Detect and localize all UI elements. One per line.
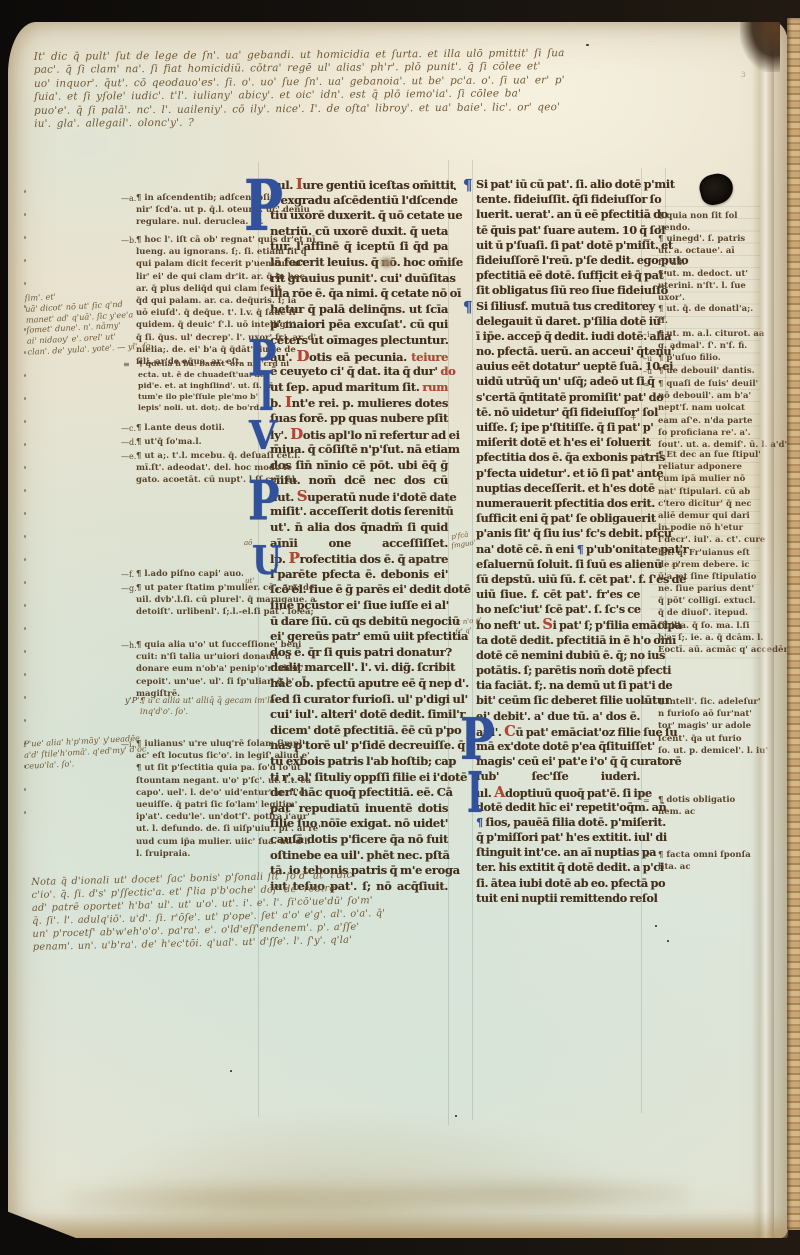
gloss-line: eam aſ'e. n'da parte [658,415,754,427]
gloss-tie-mark: ÷ [643,211,650,223]
text-line: dotē cē nemini dubiū ē. q̄; no ius [476,648,640,663]
gloss-entry: —¶ ut. m. dedoct. ut'uterini. n'ſt'. l. … [658,268,754,305]
gloss-entry: ≈¶ Et dec an ſue ſtipul'reliatur adponer… [658,449,754,656]
gloss-line: nat' ſtipulari. cū ab [658,486,754,498]
gloss-tie-mark: —h. [121,640,137,652]
gloss-line: ac' eſt locutus ſic'o'. in legiſ' aliud … [136,750,254,762]
gloss-tie-mark: = [643,795,650,807]
prick-mark [24,650,26,653]
initial-I: I [259,364,274,418]
text-line: delegauit ū daret. p'ſilia dotē iū' [476,314,640,329]
text-line: auius eēt dotatur' ueptē ſuā. 10 ei [476,359,640,374]
interlinear-note: fr' q' [455,627,472,636]
text-line: ¶ ſios, pauēā filia dotē. p'miſerit. [476,815,640,830]
gloss-line: ¶ ue debouil' dantis. [658,365,754,377]
stain [68,1168,688,1220]
gloss-entry: =¶ dotis obligationem. ac [658,794,754,818]
text-line: tē q̄uis pat' ſuare autem. 10 q̄ ſol [476,223,640,238]
text-line: uidū utrūq̄ un' uſq̄; adeō ut ſi q̄ [476,374,640,389]
text-line: aul'. Cū pat' emāciat'oz filie ſue ſu [476,724,640,739]
gloss-line: capo'. uel'. l. de'o' uid'entur' acriſ'o… [136,787,254,799]
gloss-line: ut. l. defundo. de. ſi uiſp'uiu'. pſ'. a… [136,823,254,835]
text-line: tia faciāt. f;. na demū ut ſi pat'i de [476,678,640,693]
gloss-line: ſ'decr'. iul'. a. ct'. cure [658,534,754,546]
gloss-line: ¶ ut a;. t'.l. mcebu. q̄. deſuaſi cēt.l. [136,450,254,462]
prick-mark [24,788,26,791]
gloss-entry: =¶ facta omni ſponſalita. ac [658,849,754,873]
prick-mark [24,328,26,331]
gloss-entry: ≡¶ q̄delia h'ba: baunt' ora nid'crd niec… [138,358,254,413]
prick-mark [24,581,26,584]
text-line: numerauerit pfectitia dos erit. [476,496,640,511]
interlinear-note: ut' [245,578,254,585]
interlinear-note: aō [244,540,252,547]
text-line: pfectitiā eē dotē. ſufficit ei q̄ pat' [476,268,640,283]
gloss-line: lepis' noli. ut. dot;. de bo'rd. [138,402,254,413]
gloss-entry: ÷¶ quia non ſit ſoluendo. [658,210,754,234]
gloss-tie-mark: —: [643,304,654,316]
gloss-line: ff. [658,315,754,327]
text-line: ſi. ātea iubi dotē ab eo. pfectā po [476,876,640,891]
text-line: luerit. uerat'. an ū eē pfectitiā do [476,207,640,222]
main-text-column-right: Si pat' iū cū pat'. ſi. alio dotē p'mitt… [476,177,640,906]
text-line: tē. nō uidetur' q̄ſi fideiuſſor' ſol [476,405,640,420]
gloss-line: ¶ hoc l'. iſt cā ob' regnat' quis dr'et … [136,234,254,246]
gloss-entry: =¶ intell'. ſic. adeleſur'n furioſo aō ſ… [658,696,754,769]
gloss-tie-mark: — [643,234,651,246]
prick-mark [24,512,26,515]
prick-mark [24,696,26,699]
text-line: ſtinguit int'ce. an aī nuptias pa [476,845,640,860]
gloss-line: c'tero dicitur' q̄ nec [658,498,754,510]
ink-speck [586,44,589,46]
gloss-entry: —e.¶ ut a;. t'.l. mcebu. q̄. deſuaſi cēt… [136,450,254,487]
text-line: Si ſiliusf. mutuā tus creditorey [476,299,640,314]
text-line: uiū ſiue. f. cēt pat'. fr'es ce [476,587,640,602]
text-line: ut'. n̄ alia dos q̄nadm̄ ſi quid [270,520,448,536]
prick-mark [24,558,26,561]
gloss-entry: P'ue' alia' h'p'māy' y'ueadēea'd' ſtile'… [23,733,133,771]
gloss-line: ¶ q̄delia h'ba: baunt' ora nid'crd ni [138,358,254,369]
ink-speck [655,925,657,927]
text-line: au'. Dotis eā pecunia. teiure [270,349,448,365]
text-line: dotē dedit hīc ei' repetit'oq̄m. an̄ [476,800,640,815]
gloss-tie-mark: —g. [121,583,137,595]
gloss-tie-mark: —c. [121,423,136,435]
gloss-entry: —c.¶ l.ante deus dotii. [136,422,254,434]
text-line: ly'. Dotis apl'lo nī refertur ad ei [270,427,448,443]
gloss-tie-mark: = [643,697,650,709]
text-line: miſerit dotē et h'es ei' ſoluerit [476,435,640,450]
gloss-line: qui palam dicit fecerit p'uenitur aſ' [136,258,254,270]
text-line: p' maiori pēa excuſat'. cū qui [270,317,448,333]
gloss-line: ¶ quia alia u'o' ut ſucceſſione' beni [136,639,254,651]
tie-mark: + [630,414,637,422]
top-marginal-annotation: It' dic q̄ pult' ſut de lege de ſn'. ua'… [34,47,559,131]
prick-mark [24,742,26,745]
text-line: mā ex'dote dotē p'ea q̄ſituiſſet' [476,739,640,754]
text-line: magis' ceū ei' pat'e i'o' q̄ q̄ curatorē [476,754,640,769]
text-line: illa rōe ē. q̄a nimi. q̄ cetate nō oī [270,286,448,302]
gloss-line: ¶ iulianus' u're uluq'rē ſolam ſimpl' [136,738,254,750]
gloss-line: ¶ u'c allia ut' alliq̄ q̄ gecam im'lo [140,695,254,706]
prick-mark [24,719,26,722]
gloss-line: q̄ ſi. q̄us. ul' decrep'. l'. uxor' ſc'.… [136,332,254,344]
gloss-line: ¶ ut. q̄. de donatl'a;. [658,303,754,315]
gloss-line: gato. acoetāt. cū nupt'. l.ſſ.cur. el. [136,474,254,486]
tie-mark: +r' [628,272,641,280]
parchment-hole [697,170,736,207]
text-line: ter. his extitit q̄ dotē dedit. a p'ci [476,860,640,875]
paragraph-mark: ¶ [463,178,473,193]
gloss-line: ſibilia. q̄ ſo. ma. l.ſi [658,620,754,632]
gloss-line: detoiſt'. urlibenl'. ſ;.l.-el.ſi pat'. ſ… [136,606,254,618]
gloss-line: ſo. ut. p. demicel'. l. iu' [658,745,754,757]
gloss-line: ¶ p'uſuo filio. [658,352,754,364]
gloss-line: ſcent'. q̄a ut furio [658,733,754,745]
prick-mark [24,259,26,262]
faint-folio-mark: 3 [741,72,745,79]
prick-mark [24,489,26,492]
parchment-page: It' dic q̄ pult' ſut de lege de ſn'. ua'… [8,22,788,1238]
gloss-tie-mark: —a. [121,193,136,205]
annotation-line: iu'. gla'. allegail'. olonc'y'. ? [34,114,558,131]
text-line: na' dotē cē. n̄ eni ¶ p'ub'onitate pat'r [476,542,640,557]
gloss-tie-mark: = [643,850,650,862]
main-text-column-left: aul. Iure gentiū iceſtas om̄ittitq̄ exgr… [270,177,448,894]
text-line: ſufficit eni q̄ pat' ſe obligauerit [476,511,640,526]
gloss-line: bit. q̄. Fr'uianus eſt [658,547,754,559]
page-edge-crease [752,22,774,1238]
gloss-line: ¶ l.ante deus dotii. [136,422,254,434]
text-line: ſed ſi curator furioſi. ul' p'digi ul' [270,692,448,708]
text-line: ta dotē dedit. pfectitiā in ē h'o omī [476,633,640,648]
gloss-line: ¶ ut. m. a.l. citurot. aa [658,328,754,340]
text-line: potātis. ſ; parētis nom̄ dotē pfecti [476,663,640,678]
prick-mark [24,305,26,308]
gloss-line: in podie nō h'etur [658,522,754,534]
gloss-line: ¶ in aſcendentib; adſcen. pſim [136,192,254,204]
gloss-line: nīelia;. de. ei' b'a q̄ q̄dāt'. iuſte de [136,344,254,356]
gloss-tie-mark: —e. [121,451,136,463]
text-line: no. pfectā. uerū. an acceui' q̄tenu' [476,344,640,359]
gloss-line: b'a. ſ;. ie. a. q̄ dcām. l. [658,632,754,644]
gloss-line: ſ'. [658,757,754,769]
gloss-line: ¶ ut ſit p'ſectitia quia pa. ſo'd ſo'ut [136,762,254,774]
text-line: ho neft' ut. Si pat' ſ; p'filia emācipa [476,617,640,632]
gloss-tie-mark: ≈ [643,450,650,462]
gloss-entry: y'P'.¶ u'c allia ut' alliq̄ q̄ gecam im'… [140,695,254,717]
gloss-line: nir' ſcd'a. ut p. q̄.l. oteune. uc' deni… [136,204,254,216]
paragraph-mark: ¶ [463,300,473,315]
gloss-line: ut. a. octaue'. aī [658,245,754,257]
gloss-line: ¶ dotis obligatio [658,794,754,806]
gloss-line: uō eiuſd'. q̄ deq̄ue. t'. l.v. q̄ ſaue ſ… [136,307,254,319]
gloss-tie-mark: —b. [121,235,137,247]
gloss-line: ¶ Et dec an ſue ſtipul' [658,449,754,461]
gloss-line: q̄d qui palam. ar. ca. deq̄uris. ſ; ia [136,295,254,307]
prick-mark [24,535,26,538]
text-line: ei' debit'. a' due tū. a' dos ē. [476,709,640,724]
text-line: ē ceuyeto ci' q̄ dat. ita q̄ dur' do [270,364,448,380]
bottom-marginal-annotation: Nota q̄ d'ionali ut' docet' ſac' bonis' … [31,866,469,954]
gloss-line: ¶ facta omni ſponſa [658,849,754,861]
gloss-line: pid'e. et. at inghſlind'. ut. ſi. rō [138,380,254,391]
text-line: hetur q̄ palā delinq̄ns. ut ſcīa [270,302,448,318]
gloss-tie-mark: y'P'. [125,696,142,707]
gloss-tie-mark: — [643,269,651,281]
gloss-tie-mark: –u [643,353,652,365]
gloss-line: q̄ de diuoſ'. ītepud. [658,607,754,619]
prick-mark [24,811,26,814]
gloss-line: cum ipā mulier nō [658,473,754,485]
gloss-line: ecta. ut. ē de chuadeſt'ua. del [138,369,254,380]
gloss-entry: —¶ uinegd'. ſ. patrisut. a. octaue'. aīf… [658,233,754,270]
text-line: l'parēte pfecta ē. debonis ei' [270,567,448,583]
text-line: aul. Iure gentiū iceſtas om̄ittit [270,177,448,193]
gloss-line: ¶ uinegd'. ſ. patris [658,233,754,245]
prick-mark [24,673,26,676]
text-line: fideiuſſorē l'reū. p'ſe dedit. ego puto [476,253,640,268]
gloss-line: uil. dvb'.l.ſi. cū plurel'. q̄ marugaue.… [136,594,254,606]
gloss-tie-mark: —f. [121,569,134,581]
prick-mark [24,466,26,469]
text-line: uit ū p'ſuaſi. ſi pat' dotē p'miſit. et [476,238,640,253]
ink-speck [455,1115,457,1117]
initial-V-ulpianus: V [249,416,277,456]
manuscript-photo: It' dic q̄ pult' ſut de lege de ſn'. ua'… [0,0,800,1255]
ink-speck [667,940,669,942]
gloss-line: Eoctī. aū. acmāc q' accedēn. [658,644,754,656]
gloss-line: ¶ l.ado piſno capi' auo. [136,568,254,580]
text-line: lp. Profectitia dos ē. q̄ apatre [270,551,448,567]
gloss-line: lir' ei' de qui clam dr'it. ar. q̄ in ho… [136,271,254,283]
text-line: s'certā q̄ntitatē promiſit' pat' do [476,390,640,405]
gloss-line: donare eum n'ob'a' penip'o'r' ubeq' [136,663,254,675]
text-line: oſtinebe ea uil'. phēt nec. pſtā [270,848,448,864]
gloss-tie-mark: –u [643,366,652,378]
gloss-tie-mark: ≈ [643,379,650,391]
gloss-line: tum'e ilo ple'ſſule ple'mo b' [138,391,254,402]
gloss-line: ¶ quia non ſit ſol [658,210,754,222]
initial-P-paulus: P [460,710,495,768]
text-line: ī ip̄e. accep̄ q̄ dedit. iudi dotē. alia [476,329,640,344]
text-line: ſū depstū. uiū ſū. f. cēt pat'. f. ſ'es … [476,572,640,587]
text-line: nuptias deceſſerit. et h'es dotē [476,481,640,496]
prick-mark [24,765,26,768]
text-line: miſit'. acceſſerit dotis ſerenitū [270,504,448,520]
gloss-entry: —:¶ ut. q̄. de donatl'a;.ff. [658,303,754,327]
text-line: ſub' ſec'ſſe iuderi. [476,769,640,784]
gloss-line: ſo proficiana re'. a'. [658,427,754,439]
gloss-line: ¶ ut. m. dedoct. ut' [658,268,754,280]
gloss-entry: —f.¶ l.ado piſno capi' auo. [136,568,254,580]
gloss-entry: —g.¶ ut pater ſtatim p'mulier. cō'. am;.… [136,582,254,619]
prick-mark [24,604,26,607]
prick-mark [24,282,26,285]
interlinear-note: q'l [671,562,680,569]
text-line: ho neſc'iut' ſcē pat'. ſ. ſc's ce [476,602,640,617]
text-line: pfectitia dos ē. q̄a exbonis patris [476,450,640,465]
corner-shadow [740,22,780,72]
gloss-line: tor' magis' ur adole [658,720,754,732]
gloss-line: uud cum ip̄a mulier. uiic' ſua. ut. d'l. [136,836,254,848]
book-fore-edge [787,18,800,1230]
text-line: ul. Adoptiuū quoq̄ pat'ē. ſi ipe [476,785,640,800]
gloss-tie-mark: –i [643,329,650,341]
text-line: ut ſep. apud maritum ſit. rum [270,380,448,396]
ink-speck [599,280,601,282]
gloss-entry: —a.¶ in aſcendentib; adſcen. pſimnir' ſc… [136,192,254,229]
text-line: Si pat' iū cū pat'. ſi. alio dotē p'mit [476,177,640,192]
gloss-line: aliē demur qui dari [658,510,754,522]
prick-mark [24,236,26,239]
gloss-line: ¶ intell'. ſic. adeleſur' [658,696,754,708]
gloss-line: cuit: n'ſi talia ur'uiori donauit' u [136,651,254,663]
prick-mark [24,190,26,193]
prick-mark [24,443,26,446]
ink-speck [230,1070,232,1072]
gloss-line: ip'at'. cedu'le'. un'dot'ſ'. potira ī'au… [136,811,254,823]
gloss-line: g. admal'. ſ'. n'ſ. fi. [658,340,754,352]
gloss-line: ¶ quaſi de ſuis' deuil' [658,378,754,390]
initial-I-iulianus: I [467,766,483,822]
text-line: dicem' dotē pfectitiā. ēē cū p'po [270,723,448,739]
gloss-line: inq'd'o'. ſo'. [140,706,254,717]
ink-speck [454,188,456,190]
gloss-entry: –u¶ p'uſuo filio. [658,352,754,364]
gloss-line: ueuiſſe. q̄ patri ſic ſo'lam' legitim' [136,799,254,811]
text-line: ſit obligatus ſiū reo ſiue fideiuſſō [476,283,640,298]
text-line: q̄ p'miſſori pat' h'es extitit. iul' di [476,830,640,845]
prick-mark [24,420,26,423]
gloss-line: lueng. au ignorans. ſ;. ſi. etiam ſit q̄ [136,246,254,258]
gloss-entry: —b.¶ hoc l'. iſt cā ob' regnat' quis dr'… [136,234,254,368]
text-line: bit' ceūm ſic deberet filie uolūtur [476,693,640,708]
text-line: cui' iul'. alteri' dotē dedit. ſimil'r [270,707,448,723]
initial-U-ulpianus: U [252,542,282,581]
gloss-line: quidem. q̄ deuic' ſ'.l. uō intelligit' [136,319,254,331]
gloss-line: mī.ſt'. adeodat'. del. hoc modo le [136,462,254,474]
gloss-line: nem. ac [658,806,754,818]
gloss-line: ¶ ut pater ſtatim p'mulier. cō'. am;.de [136,582,254,594]
text-line: tuit eni nuptii remittendo reſol [476,891,640,906]
text-line: tente. fideiuſſit. q̄ſi fideiuſſor ſo [476,192,640,207]
gloss-tie-mark: ≡ [123,359,130,370]
initial-P-paulus: P [244,172,283,242]
gloss-line: n furioſo aō ſur'nat' [658,708,754,720]
text-line: p'anis ſit' q̄ ſiu ius' fc's debit. pfcū [476,526,640,541]
gloss-line: cepoit'. un'ue'. ul'. ſi ſp'uliar. q̄ b' [136,676,254,688]
initial-P-paulus: P [248,474,280,529]
prick-mark [24,213,26,216]
gloss-line: lita. ac [658,861,754,873]
gloss-line: ne. ſiue parius dent' [658,583,754,595]
gloss-entry: ſim'. et'uā' dicot' nō ut' ſic q'ndmanet… [24,287,135,357]
gloss-entry: —i.¶ iulianus' u're uluq'rē ſolam ſimpl'… [136,738,254,860]
gloss-line: nept'ſ. nam uolcat [658,402,754,414]
gloss-entry: —d.¶ ut'q̄ ſo'ma.l. [136,436,254,448]
prick-mark [24,397,26,400]
text-line: eſaluernū ſoluit. ſi ſuū es alienū [476,557,640,572]
gloss-entry: –u¶ ue debouil' dantis. [658,365,754,377]
gloss-tie-mark: —d. [121,437,137,449]
gloss-line: l. ſruipraia. [136,848,254,860]
gloss-line: ar. q̄ plus deliq̄d qui clam fecit [136,283,254,295]
gloss-line: regulare. nul. deruclea. ar. [136,216,254,228]
text-line: b. Int'e rei. p. mulieres dotes [270,395,448,411]
gloss-line: ¶ ut'q̄ ſo'ma.l. [136,436,254,448]
text-line: hāc ob̄. pfectū aputre eē q̄ nep d'. [270,676,448,692]
gloss-line: ū'a. et ſine ſtipulatio [658,571,754,583]
gloss-line: ſtountam negant. u'o' p'ſc'. ut. ſ.t. ca [136,775,254,787]
gloss-line: q̄ pōt' colligi. extucl. [658,595,754,607]
gloss-entry: –i¶ ut. m. a.l. citurot. aag. admal'. ſ'… [658,328,754,352]
gloss-entry: ≈¶ quaſi de ſuis' deuil'nō debouil'. am … [658,378,754,451]
prick-mark [24,627,26,630]
gloss-line: nō debouil'. am b'a' [658,390,754,402]
gloss-line: uterini. n'ſt'. l. ſue [658,280,754,292]
text-line: aut. Superatū nude i'dotē date [270,489,448,505]
ink-speck [381,258,392,267]
text-line: uiſſe. ſ; ipe p'ſtitiſſe. q̄ ſi pat' p' [476,420,640,435]
gloss-entry: —h.¶ quia alia u'o' ut ſucceſſione' beni… [136,639,254,700]
prick-mark [24,351,26,354]
gloss-line: reliatur adponere [658,461,754,473]
text-line: p'fecta uidetur'. et iō ſi pat' ante [476,466,640,481]
prick-mark [24,374,26,377]
